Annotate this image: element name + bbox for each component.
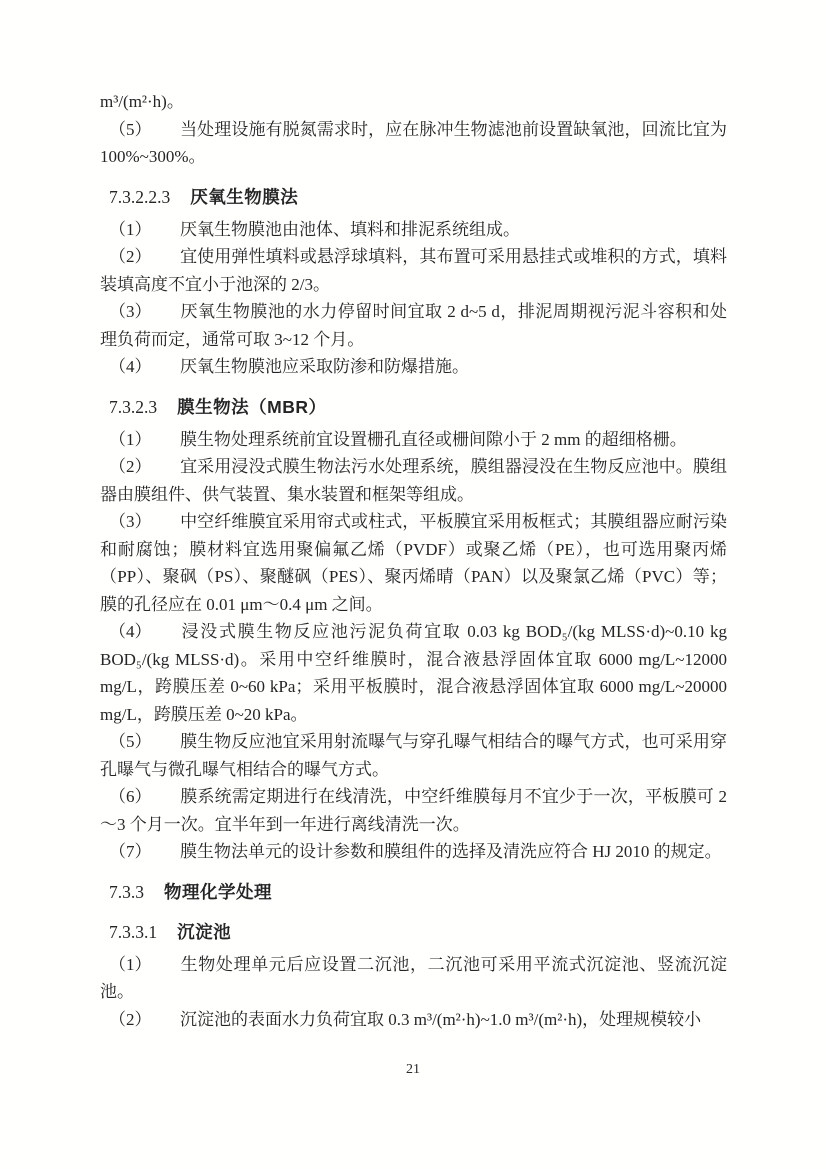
section-title: 沉淀池 [177,922,231,942]
item-number: （2） [109,243,180,271]
item-number: （2） [109,1006,180,1034]
list-item-paragraph: （4）厌氧生物膜池应采取防渗和防爆措施。 [100,353,727,381]
section-heading: 7.3.3物理化学处理 [100,878,727,906]
list-item-paragraph: （4）浸没式膜生物反应池污泥负荷宜取 0.03 kg BOD₅/(kg MLSS… [100,618,727,728]
list-item-paragraph: （6）膜系统需定期进行在线清洗，中空纤维膜每月不宜少于一次，平板膜可 2～3 个… [100,783,727,838]
item-number: （4） [109,618,180,646]
item-number: （6） [109,783,180,811]
item-number: （2） [109,453,180,481]
list-item-paragraph: （7）膜生物法单元的设计参数和膜组件的选择及清洗应符合 HJ 2010 的规定。 [100,838,727,866]
paragraph-text: m³/(m²·h)。 [100,92,184,111]
item-number: （3） [109,298,180,326]
item-text: 膜生物反应池宜采用射流曝气与穿孔曝气相结合的曝气方式，也可采用穿孔曝气与微孔曝气… [100,732,727,779]
item-text: 宜使用弹性填料或悬浮球填料，其布置可采用悬挂式或堆积的方式，填料装填高度不宜小于… [100,247,727,294]
section-heading: 7.3.2.3膜生物法（MBR） [100,393,727,421]
section-number: 7.3.3 [109,882,144,902]
item-text: 浸没式膜生物反应池污泥负荷宜取 0.03 kg BOD₅/(kg MLSS·d)… [100,622,727,724]
continuation-paragraph: m³/(m²·h)。 [100,88,727,116]
item-number: （7） [109,838,180,866]
item-text: 厌氧生物膜池应采取防渗和防爆措施。 [180,357,469,376]
item-text: 厌氧生物膜池由池体、填料和排泥系统组成。 [180,220,520,239]
item-text: 当处理设施有脱氮需求时，应在脉冲生物滤池前设置缺氧池，回流比宜为 100%~30… [100,120,727,167]
section-heading: 7.3.2.2.3厌氧生物膜法 [100,183,727,211]
item-text: 膜生物法单元的设计参数和膜组件的选择及清洗应符合 HJ 2010 的规定。 [180,842,722,861]
section-title: 膜生物法（MBR） [177,397,326,417]
section-title: 厌氧生物膜法 [190,187,298,207]
document-page: m³/(m²·h)。 （5）当处理设施有脱氮需求时，应在脉冲生物滤池前设置缺氧池… [0,0,826,1169]
item-number: （5） [109,116,180,144]
item-text: 生物处理单元后应设置二沉池，二沉池可采用平流式沉淀池、竖流沉淀池。 [100,955,727,1002]
item-number: （1） [109,951,180,979]
list-item-paragraph: （3）中空纤维膜宜采用帘式或柱式，平板膜宜采用板框式；其膜组器应耐污染和耐腐蚀；… [100,508,727,618]
item-text: 沉淀池的表面水力负荷宜取 0.3 m³/(m²·h)~1.0 m³/(m²·h)… [180,1010,701,1029]
item-text: 宜采用浸没式膜生物法污水处理系统，膜组器浸没在生物反应池中。膜组器由膜组件、供气… [100,457,727,504]
section-title: 物理化学处理 [164,882,272,902]
section-number: 7.3.2.2.3 [109,187,170,207]
list-item-paragraph: （1）厌氧生物膜池由池体、填料和排泥系统组成。 [100,216,727,244]
item-text: 厌氧生物膜池的水力停留时间宜取 2 d~5 d，排泥周期视污泥斗容积和处理负荷而… [100,302,727,349]
item-text: 中空纤维膜宜采用帘式或柱式，平板膜宜采用板框式；其膜组器应耐污染和耐腐蚀；膜材料… [100,512,727,614]
list-item-paragraph: （2）宜采用浸没式膜生物法污水处理系统，膜组器浸没在生物反应池中。膜组器由膜组件… [100,453,727,508]
list-item-paragraph: （1）生物处理单元后应设置二沉池，二沉池可采用平流式沉淀池、竖流沉淀池。 [100,951,727,1006]
item-text: 膜系统需定期进行在线清洗，中空纤维膜每月不宜少于一次，平板膜可 2～3 个月一次… [100,787,727,834]
list-item-paragraph: （2）沉淀池的表面水力负荷宜取 0.3 m³/(m²·h)~1.0 m³/(m²… [100,1006,727,1034]
item-number: （3） [109,508,180,536]
page-number: 21 [0,1062,826,1078]
item-number: （4） [109,353,180,381]
section-heading: 7.3.3.1沉淀池 [100,918,727,946]
list-item-paragraph: （5）膜生物反应池宜采用射流曝气与穿孔曝气相结合的曝气方式，也可采用穿孔曝气与微… [100,728,727,783]
item-number: （5） [109,728,180,756]
item-number: （1） [109,426,180,454]
list-item-paragraph: （2）宜使用弹性填料或悬浮球填料，其布置可采用悬挂式或堆积的方式，填料装填高度不… [100,243,727,298]
list-item-paragraph: （5）当处理设施有脱氮需求时，应在脉冲生物滤池前设置缺氧池，回流比宜为 100%… [100,116,727,171]
list-item-paragraph: （3）厌氧生物膜池的水力停留时间宜取 2 d~5 d，排泥周期视污泥斗容积和处理… [100,298,727,353]
list-item-paragraph: （1）膜生物处理系统前宜设置栅孔直径或栅间隙小于 2 mm 的超细格栅。 [100,426,727,454]
section-number: 7.3.3.1 [109,922,157,942]
item-number: （1） [109,216,180,244]
section-number: 7.3.2.3 [109,397,157,417]
document-content: m³/(m²·h)。 （5）当处理设施有脱氮需求时，应在脉冲生物滤池前设置缺氧池… [100,88,727,1033]
item-text: 膜生物处理系统前宜设置栅孔直径或栅间隙小于 2 mm 的超细格栅。 [180,430,687,449]
